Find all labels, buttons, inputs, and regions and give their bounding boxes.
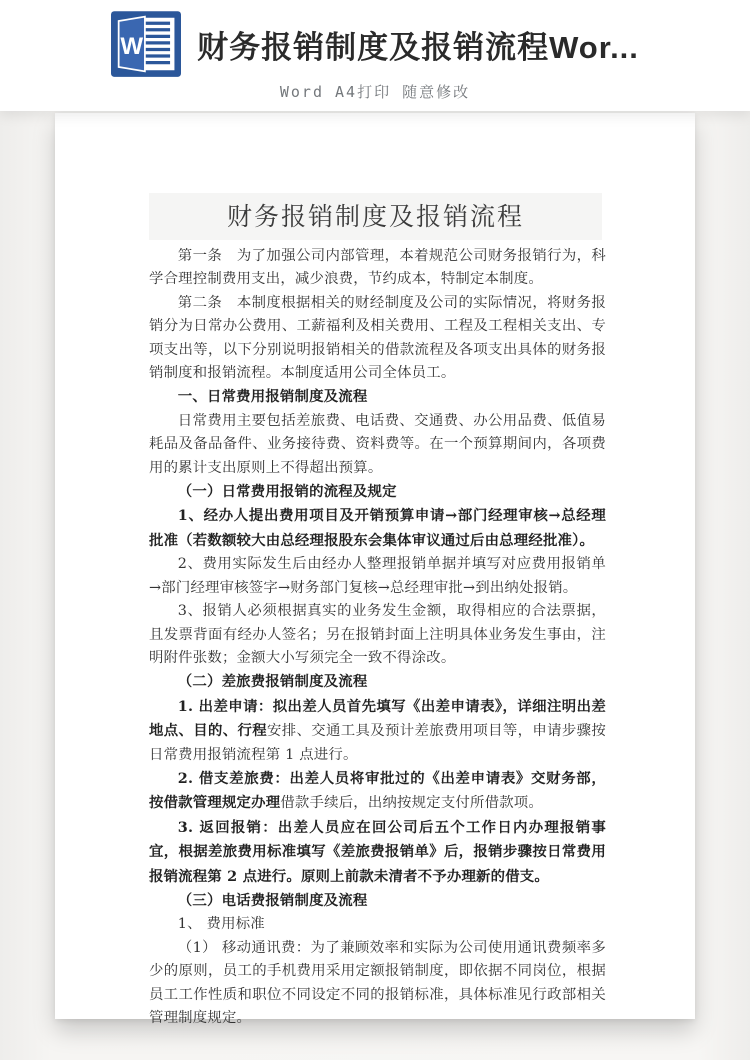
- paragraph-text: 1、 费用标准: [178, 916, 265, 932]
- paragraph: 2. 借支差旅费：出差人员将审批过的《出差申请表》交财务部，按借款管理规定办理借…: [149, 767, 606, 816]
- site-subtitle: Word A4打印 随意修改: [280, 81, 470, 102]
- paragraph-text: 第一条 为了加强公司内部管理，本着规范公司财务报销行为，科学合理控制费用支出，减…: [149, 248, 606, 287]
- preview-area: 财务报销制度及报销流程 第一条 为了加强公司内部管理，本着规范公司财务报销行为，…: [0, 111, 750, 1060]
- paragraph: 1. 出差申请：拟出差人员首先填写《出差申请表》，详细注明出差地点、目的、行程安…: [149, 695, 606, 767]
- paragraph: 2、费用实际发生后由经办人整理报销单据并填写对应费用报销单→部门经理审核签字→财…: [149, 553, 606, 600]
- paragraph-bold-text: 1、经办人提出费用项目及开销预算申请→部门经理审核→总经理批准（若数额较大由总经…: [149, 507, 606, 548]
- paragraph-bold-text: （三）电话费报销制度及流程: [178, 892, 368, 909]
- paragraph: （1） 移动通讯费：为了兼顾效率和实际为公司使用通讯费频率多少的原则，员工的手机…: [149, 937, 606, 1031]
- site-title: 财务报销制度及报销流程Wor...: [197, 22, 639, 67]
- paragraph: （一）日常费用报销的流程及规定: [149, 480, 606, 504]
- paragraph: 第二条 本制度根据相关的财经制度及公司的实际情况，将财务报销分为日常办公费用、工…: [149, 292, 606, 386]
- paragraph-text: 2、费用实际发生后由经办人整理报销单据并填写对应费用报销单→部门经理审核签字→财…: [149, 556, 606, 595]
- document-body: 第一条 为了加强公司内部管理，本着规范公司财务报销行为，科学合理控制费用支出，减…: [149, 245, 606, 1030]
- paragraph-bold-text: （二）差旅费报销制度及流程: [178, 673, 368, 690]
- page-stage: W 财务报销制度及报销流程Wor... Word A4打印 随意修改 财务报销制…: [0, 0, 750, 1060]
- paragraph-text: 借款手续后，出纳按规定支付所借款项。: [280, 795, 543, 811]
- paragraph: 1、经办人提出费用项目及开销预算申请→部门经理审核→总经理批准（若数额较大由总经…: [149, 504, 606, 553]
- paragraph: 日常费用主要包括差旅费、电话费、交通费、办公用品费、低值易耗品及备品备件、业务接…: [149, 410, 606, 480]
- paragraph: （二）差旅费报销制度及流程: [149, 670, 606, 694]
- paragraph: 第一条 为了加强公司内部管理，本着规范公司财务报销行为，科学合理控制费用支出，减…: [149, 245, 606, 292]
- paragraph: 3. 返回报销：出差人员应在回公司后五个工作日内办理报销事宜，根据差旅费用标准填…: [149, 816, 606, 889]
- paragraph: 1、 费用标准: [149, 913, 606, 936]
- document-title: 财务报销制度及报销流程: [149, 193, 602, 240]
- paragraph-bold-text: 3. 返回报销：出差人员应在回公司后五个工作日内办理报销事宜，根据差旅费用标准填…: [149, 819, 606, 885]
- paragraph: （三）电话费报销制度及流程: [149, 889, 606, 913]
- paragraph-text: （1） 移动通讯费：为了兼顾效率和实际为公司使用通讯费频率多少的原则，员工的手机…: [149, 940, 606, 1026]
- paragraph: 3、报销人必须根据真实的业务发生金额，取得相应的合法票据，且发票背面有经办人签名…: [149, 600, 606, 670]
- site-header: W 财务报销制度及报销流程Wor... Word A4打印 随意修改: [0, 0, 750, 111]
- svg-text:W: W: [121, 33, 144, 60]
- paragraph-text: 第二条 本制度根据相关的财经制度及公司的实际情况，将财务报销分为日常办公费用、工…: [149, 295, 606, 381]
- paragraph-bold-text: 一、日常费用报销制度及流程: [178, 388, 368, 405]
- paragraph-bold-text: （一）日常费用报销的流程及规定: [178, 483, 397, 500]
- header-title-row: W 财务报销制度及报销流程Wor...: [111, 11, 639, 77]
- paragraph-text: 日常费用主要包括差旅费、电话费、交通费、办公用品费、低值易耗品及备品备件、业务接…: [149, 413, 606, 476]
- paragraph-text: 3、报销人必须根据真实的业务发生金额，取得相应的合法票据，且发票背面有经办人签名…: [149, 603, 606, 666]
- paragraph: 一、日常费用报销制度及流程: [149, 385, 606, 409]
- word-icon: W: [111, 11, 181, 77]
- document-page: 财务报销制度及报销流程 第一条 为了加强公司内部管理，本着规范公司财务报销行为，…: [55, 113, 695, 1019]
